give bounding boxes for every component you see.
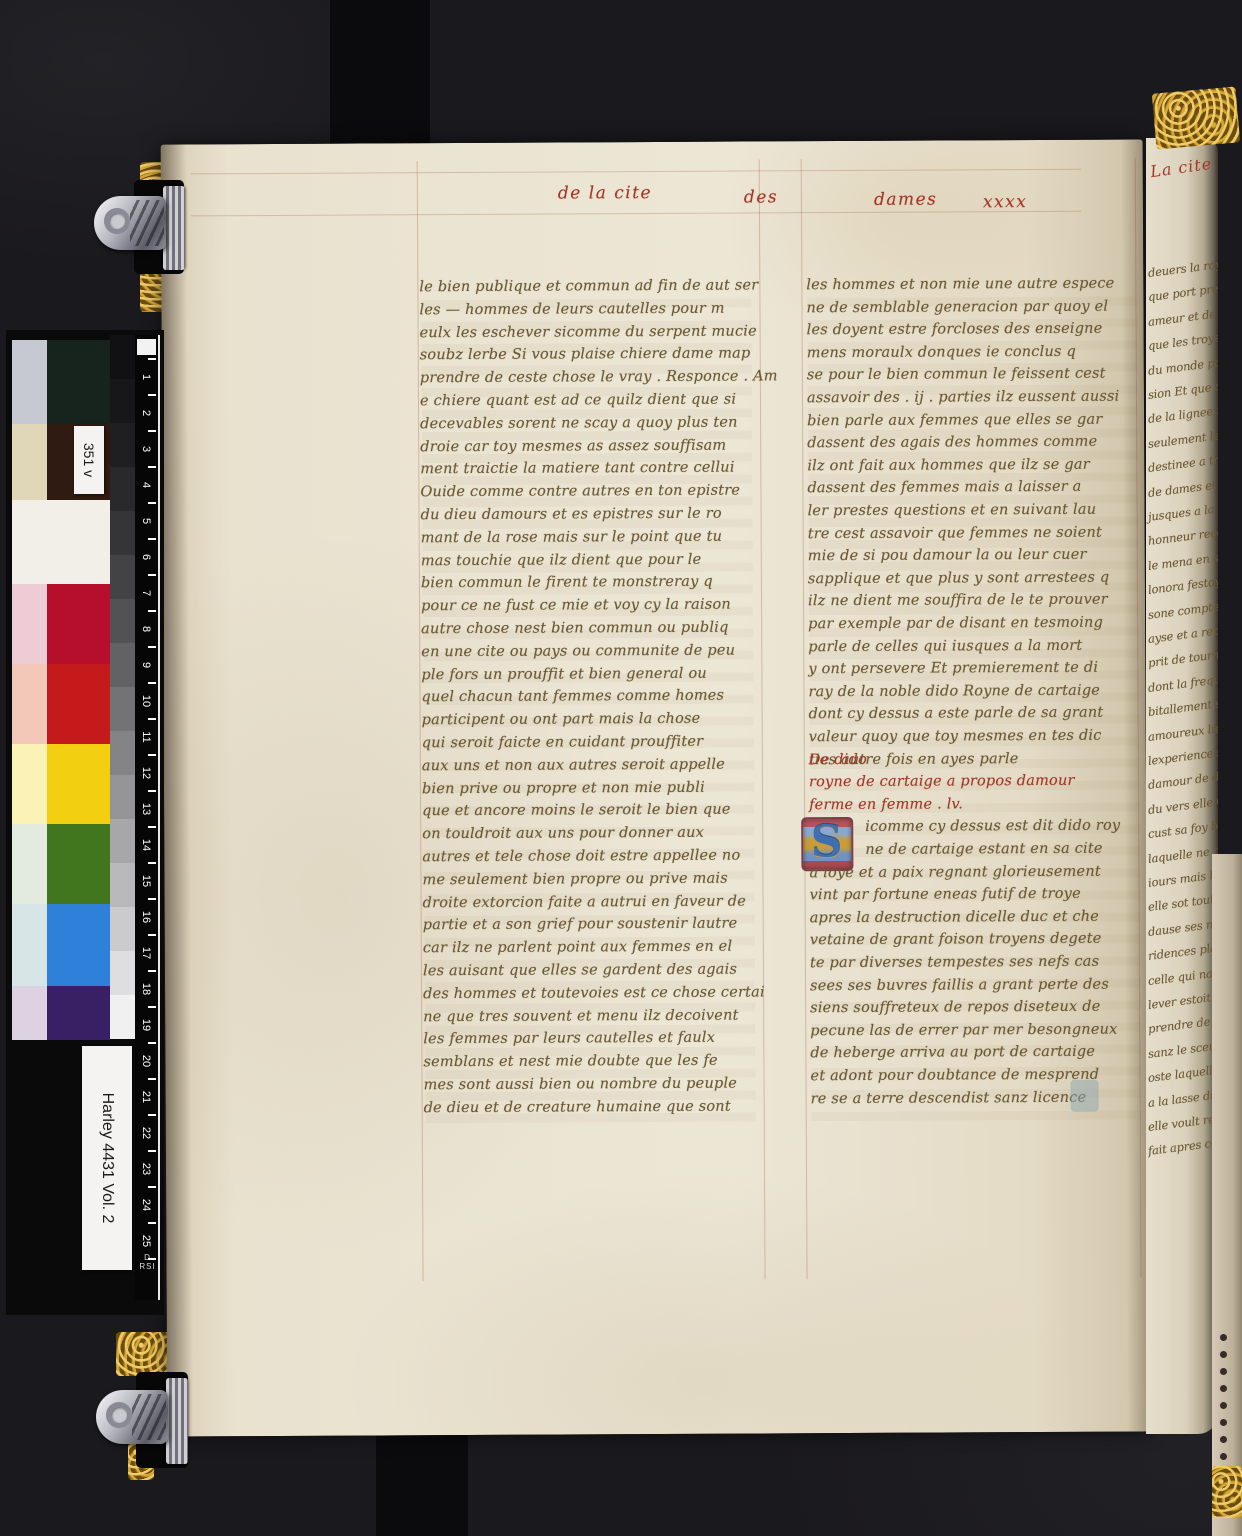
color-patch-strong bbox=[47, 986, 110, 1040]
color-patch-pale bbox=[12, 424, 47, 500]
manuscript-text-fragment: cust sa foy baillee bbox=[1147, 815, 1218, 841]
manuscript-text-line: y ont persevere Et premierement te di bbox=[808, 660, 1098, 678]
color-patch-white bbox=[12, 500, 110, 584]
manuscript-text-fragment: lexperience se monstr bbox=[1147, 739, 1218, 768]
manuscript-text-line: siens souffreteux de repos diseteux de bbox=[810, 999, 1100, 1017]
color-patch-pale bbox=[12, 904, 47, 986]
manuscript-text-fragment: prendre de nuit en bbox=[1147, 1010, 1218, 1037]
manuscript-text-line: se pour le bien commun le feissent cest bbox=[807, 366, 1106, 384]
decorated-initial: S bbox=[801, 817, 853, 871]
ruler-number: 15 bbox=[136, 871, 156, 891]
manuscript-text-fragment: sanz le sceu della bbox=[1147, 1035, 1218, 1061]
manuscript-text-line: vetaine de grant foison troyens degete bbox=[810, 931, 1102, 949]
manuscript-text-fragment: sone compte tant bbox=[1147, 596, 1218, 622]
grayscale-step bbox=[110, 819, 135, 863]
manuscript-text-line: pour ce ne fust ce mie et voy cy la rais… bbox=[421, 597, 731, 615]
manuscript-text-fragment: jusques a la m bbox=[1147, 500, 1218, 524]
manuscript-text-fragment: fait apres ce que bbox=[1147, 1133, 1218, 1158]
manuscript-text-line: mes sont aussi bien ou nombre du peuple bbox=[424, 1076, 738, 1094]
next-folio-edge: La cite deuers la royque port prensistam… bbox=[1146, 138, 1218, 1434]
clip-grooves bbox=[130, 200, 164, 246]
manuscript-text-fragment: deuers la roy bbox=[1147, 257, 1218, 280]
folio-number-label: 351 v bbox=[74, 426, 104, 494]
manuscript-text-line: ne de semblable generacion par quoy el bbox=[806, 298, 1108, 316]
running-title-part2: des bbox=[744, 187, 778, 207]
manuscript-text-fragment: sion Et que cell bbox=[1147, 377, 1218, 401]
running-title-part4: xxxx bbox=[983, 192, 1027, 212]
next-folio-running-title: La cite bbox=[1149, 154, 1213, 181]
manuscript-text-line: les auisant que elles se gardent des aga… bbox=[423, 962, 737, 980]
ruler-number: 21 bbox=[136, 1087, 156, 1107]
manuscript-text-line: dassent des agais des hommes comme bbox=[807, 434, 1097, 452]
manuscript-text-line: on touldroit aux uns pour donner aux bbox=[422, 825, 704, 842]
manuscript-text-fragment: de dames et de p bbox=[1147, 474, 1218, 500]
manuscript-text-line: dont cy dessus a este parle de sa grant bbox=[809, 705, 1104, 723]
fore-edge-dots bbox=[1212, 854, 1242, 1536]
manuscript-page: de la cite des dames xxxx le bien publiq… bbox=[161, 139, 1150, 1436]
manuscript-text-fragment: prit de tourmens q bbox=[1147, 644, 1218, 671]
gilt-edge-top-right bbox=[1152, 86, 1241, 149]
folio-number-text: 351 v bbox=[81, 443, 97, 477]
cradle-strap-bottom bbox=[376, 1424, 468, 1536]
manuscript-text-line: des hommes et toutevoies est ce chose ce… bbox=[423, 984, 765, 1002]
manuscript-text-line: en une cite ou pays ou communite de peu bbox=[421, 642, 735, 660]
grayscale-step bbox=[110, 907, 135, 951]
next-folio-text: deuers la royque port prensistameur et d… bbox=[1146, 266, 1218, 1366]
color-patch-pale bbox=[12, 664, 47, 744]
ruler-number: 23 bbox=[136, 1159, 156, 1179]
ruler-tick bbox=[148, 646, 156, 648]
manuscript-text-fragment: le mena en sa ci bbox=[1147, 548, 1218, 573]
manuscript-text-line: Ouide comme contre autres en ton epistre bbox=[420, 483, 740, 501]
manuscript-text-fragment: oste laquelle depar bbox=[1147, 1058, 1218, 1085]
manuscript-text-line: ler prestes questions et en suivant lau bbox=[808, 502, 1097, 520]
manuscript-text-fragment: seulement le contre bbox=[1147, 423, 1218, 451]
ruler-number: 5 bbox=[136, 511, 156, 531]
grayscale-step bbox=[110, 775, 135, 819]
rubric-line: royne de cartaige a propos damour bbox=[809, 773, 1075, 790]
manuscript-text-line: mant de la rose mais sur le point que tu bbox=[421, 528, 723, 546]
book-fore-edge bbox=[1212, 854, 1242, 1536]
manuscript-text-line: et adont pour doubtance de mesprend bbox=[810, 1067, 1099, 1085]
clip-jaw-bottom bbox=[166, 1378, 188, 1464]
manuscript-text-line: par exemple par de disant en tesmoing bbox=[808, 615, 1103, 633]
manuscript-text-line: car ilz ne parlent point aux femmes en e… bbox=[423, 939, 733, 957]
ruler-number: 12 bbox=[136, 763, 156, 783]
fore-edge-dot bbox=[1220, 1351, 1227, 1358]
manuscript-text-line: autres et tele chose doit estre appellee… bbox=[422, 848, 740, 866]
manuscript-text-line: bien prive ou propre et non mie publi bbox=[422, 779, 705, 796]
binder-clip-top bbox=[94, 196, 166, 250]
color-patch-strong bbox=[47, 824, 110, 904]
color-patch-pale bbox=[12, 824, 47, 904]
manuscript-text-line: mens moraulx donques ie conclus q bbox=[807, 344, 1076, 361]
manuscript-text-line: les — hommes de leurs cautelles pour m bbox=[419, 300, 724, 318]
fore-edge-dot bbox=[1220, 1419, 1227, 1426]
manuscript-text-fragment: iours mais bien se bbox=[1147, 864, 1218, 890]
color-patch-strong bbox=[47, 340, 110, 424]
ruler-number: 18 bbox=[136, 979, 156, 999]
manuscript-text-fragment: laquelle ne prend bbox=[1147, 840, 1218, 866]
manuscript-text-fragment: ayse et a repos que bbox=[1147, 619, 1218, 646]
manuscript-text-fragment: honneur receut li bbox=[1147, 523, 1218, 549]
ruler-number: 3 bbox=[136, 439, 156, 459]
ruler-number: 11 bbox=[136, 727, 156, 747]
grayscale-step bbox=[110, 951, 135, 995]
grayscale-step bbox=[110, 643, 135, 687]
manuscript-text-line: mie de si pou damour la ou leur cuer bbox=[808, 547, 1087, 564]
fore-edge-dot bbox=[1220, 1385, 1227, 1392]
manuscript-text-line: droite extorcion faite a autrui en faveu… bbox=[423, 893, 746, 911]
manuscript-text-fragment: de la lignee royal bbox=[1147, 401, 1218, 427]
grayscale-step bbox=[110, 599, 135, 643]
centimeter-ruler: D RSI 1234567891011121314151617181920212… bbox=[135, 335, 160, 1300]
ruler-number: 17 bbox=[136, 943, 156, 963]
grayscale-step bbox=[110, 863, 135, 907]
manuscript-text-line: tre cest assavoir que femmes ne soient bbox=[808, 524, 1102, 542]
manuscript-text-line: icomme cy dessus est dit dido roy bbox=[865, 818, 1120, 835]
manuscript-text-line: participent ou ont part mais la chose bbox=[422, 711, 701, 728]
manuscript-text-line: ment traictie la matiere tant contre cel… bbox=[420, 460, 734, 478]
color-patch-pale bbox=[12, 340, 47, 424]
running-title-part1: de la cite bbox=[558, 183, 652, 203]
grayscale-step bbox=[110, 731, 135, 775]
ruler-number: 25 bbox=[136, 1231, 156, 1251]
manuscript-text-line: prendre de ceste chose le vray . Responc… bbox=[420, 369, 778, 387]
manuscript-text-fragment: dause ses nefs r bbox=[1147, 914, 1218, 939]
ruler-number: 1 bbox=[136, 367, 156, 387]
grayscale-step bbox=[110, 687, 135, 731]
manuscript-text-line: te par diverses tempestes ses nefs cas bbox=[810, 954, 1099, 972]
ruler-tick bbox=[148, 610, 156, 612]
manuscript-text-line: les doyent estre forcloses des enseigne bbox=[807, 321, 1103, 339]
manuscript-text-line: soubz lerbe Si vous plaise chiere dame m… bbox=[420, 346, 751, 364]
color-patch-strong bbox=[47, 904, 110, 986]
ruler-tick bbox=[148, 790, 156, 792]
manuscript-text-fragment: amoureux lien de lau bbox=[1147, 715, 1218, 743]
manuscript-text-fragment: que port prensist bbox=[1147, 279, 1218, 305]
ruler-number: 24 bbox=[136, 1195, 156, 1215]
manuscript-text-line: vint par fortune eneas futif de troye bbox=[810, 886, 1081, 903]
fore-edge-dot bbox=[1220, 1436, 1227, 1443]
manuscript-text-line: bien commun le firent te monstreray q bbox=[421, 574, 713, 592]
manuscript-text-line: les hommes et non mie une autre espece bbox=[806, 276, 1114, 294]
manuscript-text-fragment: celle qui navoit e bbox=[1147, 962, 1218, 988]
manuscript-text-line: droie car toy mesmes as assez souffisam bbox=[420, 437, 726, 455]
manuscript-text-line: ne de cartaige estant en sa cite bbox=[865, 841, 1102, 858]
rubric-line: ferme en femme . lv. bbox=[809, 796, 963, 813]
rubric-text: De dido bbox=[809, 751, 867, 767]
manuscript-text-fragment: ridences plain de bbox=[1147, 937, 1218, 963]
manuscript-text-line: qui seroit faicte en cuidant prouffiter bbox=[422, 734, 704, 751]
ruler-tick bbox=[148, 358, 156, 360]
manuscript-text-line: sapplique et que plus y sont arrestees q bbox=[808, 569, 1110, 587]
ruler-tick bbox=[148, 1258, 156, 1260]
manuscript-text-fragment: lever estoit une bbox=[1147, 987, 1218, 1012]
color-patch-strong bbox=[47, 584, 110, 664]
manuscript-text-line: semblans et nest mie doubte que les fe bbox=[423, 1053, 717, 1071]
manuscript-text-fragment: lonora festoya bbox=[1147, 573, 1218, 597]
manuscript-text-line: re se a terre descendist sanz licence bbox=[811, 1089, 1087, 1106]
manuscript-text-line: bien parle aux femmes que elles se gar bbox=[807, 411, 1102, 429]
color-patch-strong bbox=[47, 744, 110, 824]
ruler-number: 13 bbox=[136, 799, 156, 819]
ruling-line-vertical bbox=[1135, 157, 1142, 1277]
manuscript-text-line: quel chacun tant femmes comme homes bbox=[421, 688, 724, 706]
ruler-number: 10 bbox=[136, 691, 156, 711]
ruling-line-horizontal bbox=[191, 211, 1081, 217]
initial-letter: S bbox=[811, 817, 843, 868]
manuscript-text-line: le bien publique et commun ad fin de aut… bbox=[419, 277, 758, 295]
ruler-tick bbox=[148, 862, 156, 864]
manuscript-text-fragment: bitallement seet au bbox=[1147, 692, 1218, 719]
ruler-tick bbox=[148, 1042, 156, 1044]
ruler-number: 14 bbox=[136, 835, 156, 855]
grayscale-step bbox=[110, 555, 135, 599]
ruler-number: 4 bbox=[136, 475, 156, 495]
text-column-left: le bien publique et commun ad fin de aut… bbox=[419, 277, 775, 1139]
blue-pigment-smudge bbox=[1071, 1080, 1099, 1112]
manuscript-text-line: du dieu damours et es epistres sur le ro bbox=[421, 506, 722, 524]
manuscript-text-line: apres la destruction dicelle duc et che bbox=[810, 908, 1099, 926]
fore-edge-dot bbox=[1220, 1453, 1227, 1460]
manuscript-text-line: decevables sorent ne scay a quoy plus te… bbox=[420, 414, 738, 432]
manuscript-text-line: me seulement bien propre ou prive mais bbox=[422, 870, 727, 888]
ruler-tick bbox=[148, 1006, 156, 1008]
grayscale-step bbox=[110, 995, 135, 1039]
gilt-edge-bottom-right bbox=[1212, 1466, 1242, 1518]
ruler-number: 7 bbox=[136, 583, 156, 603]
color-patch-strong bbox=[47, 664, 110, 744]
manuscript-text-line: ilz ont fait aux hommes que ilz se gar bbox=[807, 457, 1090, 474]
ruler-tick bbox=[148, 1222, 156, 1224]
clip-grooves bbox=[132, 1394, 166, 1440]
ruler-number: 8 bbox=[136, 619, 156, 639]
manuscript-text-fragment: dont la frequenta bbox=[1147, 669, 1218, 695]
ruler-number: 9 bbox=[136, 655, 156, 675]
manuscript-text-fragment: a la lasse dido bbox=[1147, 1086, 1218, 1110]
manuscript-text-line: parle de celles qui iusques a la mort bbox=[808, 637, 1082, 654]
ruler-number: 22 bbox=[136, 1123, 156, 1143]
ruler-number: 16 bbox=[136, 907, 156, 927]
manuscript-text-line: de dieu et de creature humaine que sont bbox=[424, 1098, 731, 1116]
ruler-number: 20 bbox=[136, 1051, 156, 1071]
grayscale-strip bbox=[110, 335, 135, 1039]
manuscript-text-line: aux uns et non aux autres seroit appelle bbox=[422, 756, 725, 774]
manuscript-text-line: les femmes par leurs cautelles et faulx bbox=[423, 1030, 715, 1048]
manuscript-text-fragment: du vers elle Car n bbox=[1147, 791, 1218, 817]
binder-clip-bottom bbox=[96, 1390, 168, 1444]
ruler-number: 19 bbox=[136, 1015, 156, 1035]
manuscript-text-fragment: elle voult renoncie bbox=[1147, 1107, 1218, 1134]
manuscript-text-line: e chiere quant est ad ce quilz dient que… bbox=[420, 392, 736, 410]
manuscript-text-line: eulx les eschever sicomme du serpent muc… bbox=[420, 323, 757, 341]
cradle-strap-top bbox=[330, 0, 430, 150]
manuscript-text-fragment: du monde pour bbox=[1147, 353, 1218, 377]
color-patch-pale bbox=[12, 986, 47, 1040]
manuscript-text-line: mas touchie que ilz dient que pour le bbox=[421, 551, 702, 568]
clip-ring-icon bbox=[104, 208, 130, 234]
fore-edge-dot bbox=[1220, 1368, 1227, 1375]
clip-jaw-top bbox=[163, 186, 185, 270]
manuscript-text-line: que et ancore moins le seroit le bien qu… bbox=[422, 802, 731, 820]
manuscript-text-fragment: que les troyens e bbox=[1147, 328, 1218, 354]
ruler-tick bbox=[148, 574, 156, 576]
manuscript-text-line: sees ses buvres faillis a grant perte de… bbox=[810, 976, 1109, 994]
shelfmark-text: Harley 4431 Vol. 2 bbox=[98, 1093, 116, 1224]
ruler-tick bbox=[148, 430, 156, 432]
manuscript-text-line: a ioye et a paix regnant glorieusement bbox=[809, 863, 1101, 881]
grayscale-step bbox=[110, 335, 135, 379]
ruler-tick bbox=[148, 682, 156, 684]
ruler-tick bbox=[148, 898, 156, 900]
ruler-caption: D RSI bbox=[135, 1253, 160, 1271]
manuscript-photograph: de la cite des dames xxxx le bien publiq… bbox=[0, 0, 1242, 1536]
ruler-number: 6 bbox=[136, 547, 156, 567]
manuscript-text-line: ilz ne dient me souffira de le te prouve… bbox=[808, 592, 1108, 610]
manuscript-text-line: pecune las de errer par mer besongneux bbox=[810, 1021, 1117, 1039]
text-column-right: S les hommes et non mie une autre espece… bbox=[806, 275, 1151, 1287]
manuscript-text-line: ne que tres souvent et menu ilz decoiven… bbox=[423, 1007, 739, 1025]
ruler-tick bbox=[148, 466, 156, 468]
ruler-tick bbox=[148, 826, 156, 828]
fore-edge-dot bbox=[1220, 1402, 1227, 1409]
ruler-tick bbox=[148, 538, 156, 540]
manuscript-text-line: autre chose nest bien commun ou publiq bbox=[421, 620, 728, 638]
manuscript-text-fragment: damour de dido b bbox=[1147, 766, 1218, 792]
ruler-number: 2 bbox=[136, 403, 156, 423]
manuscript-text-line: partie et a son grief pour soustenir lau… bbox=[423, 916, 738, 934]
running-title-part3: dames bbox=[874, 190, 938, 210]
ruler-tick bbox=[148, 1186, 156, 1188]
manuscript-text-fragment: destinee a tres noble bbox=[1147, 447, 1218, 475]
ruler-tick bbox=[148, 1114, 156, 1116]
manuscript-text-fragment: ameur et de ba bbox=[1147, 304, 1218, 328]
grayscale-step bbox=[110, 467, 135, 511]
ruling-line-horizontal bbox=[191, 169, 1081, 175]
manuscript-text-line: assavoir des . ij . parties ilz eussent … bbox=[807, 389, 1120, 407]
grayscale-step bbox=[110, 423, 135, 467]
ruler-tick bbox=[148, 394, 156, 396]
manuscript-text-line: valeur quoy que toy mesmes en tes dic bbox=[809, 728, 1102, 746]
manuscript-text-line: dassent des femmes mais a laisser a bbox=[807, 479, 1081, 496]
ruler-tick bbox=[148, 970, 156, 972]
grayscale-step bbox=[110, 379, 135, 423]
ruler-end-block bbox=[137, 339, 156, 355]
color-patch-pale bbox=[12, 744, 47, 824]
ruler-tick bbox=[148, 718, 156, 720]
grayscale-step bbox=[110, 511, 135, 555]
manuscript-text-line: ray de la noble dido Royne de cartaige bbox=[808, 682, 1100, 700]
shelfmark-label: Harley 4431 Vol. 2 bbox=[82, 1046, 132, 1270]
color-patch-pale bbox=[12, 584, 47, 664]
ruler-tick bbox=[148, 1150, 156, 1152]
manuscript-text-fragment: elle sot tout reffa bbox=[1147, 889, 1218, 915]
ruler-tick bbox=[148, 1078, 156, 1080]
fore-edge-dot bbox=[1220, 1334, 1227, 1341]
manuscript-text-line: de heberge arriva au port de cartaige bbox=[810, 1044, 1095, 1061]
clip-ring-icon bbox=[106, 1402, 132, 1428]
ruler-tick bbox=[148, 934, 156, 936]
manuscript-text-line: ple fors un prouffit et bien general ou bbox=[421, 665, 707, 682]
ruler-tick bbox=[148, 754, 156, 756]
ruler-tick bbox=[148, 502, 156, 504]
